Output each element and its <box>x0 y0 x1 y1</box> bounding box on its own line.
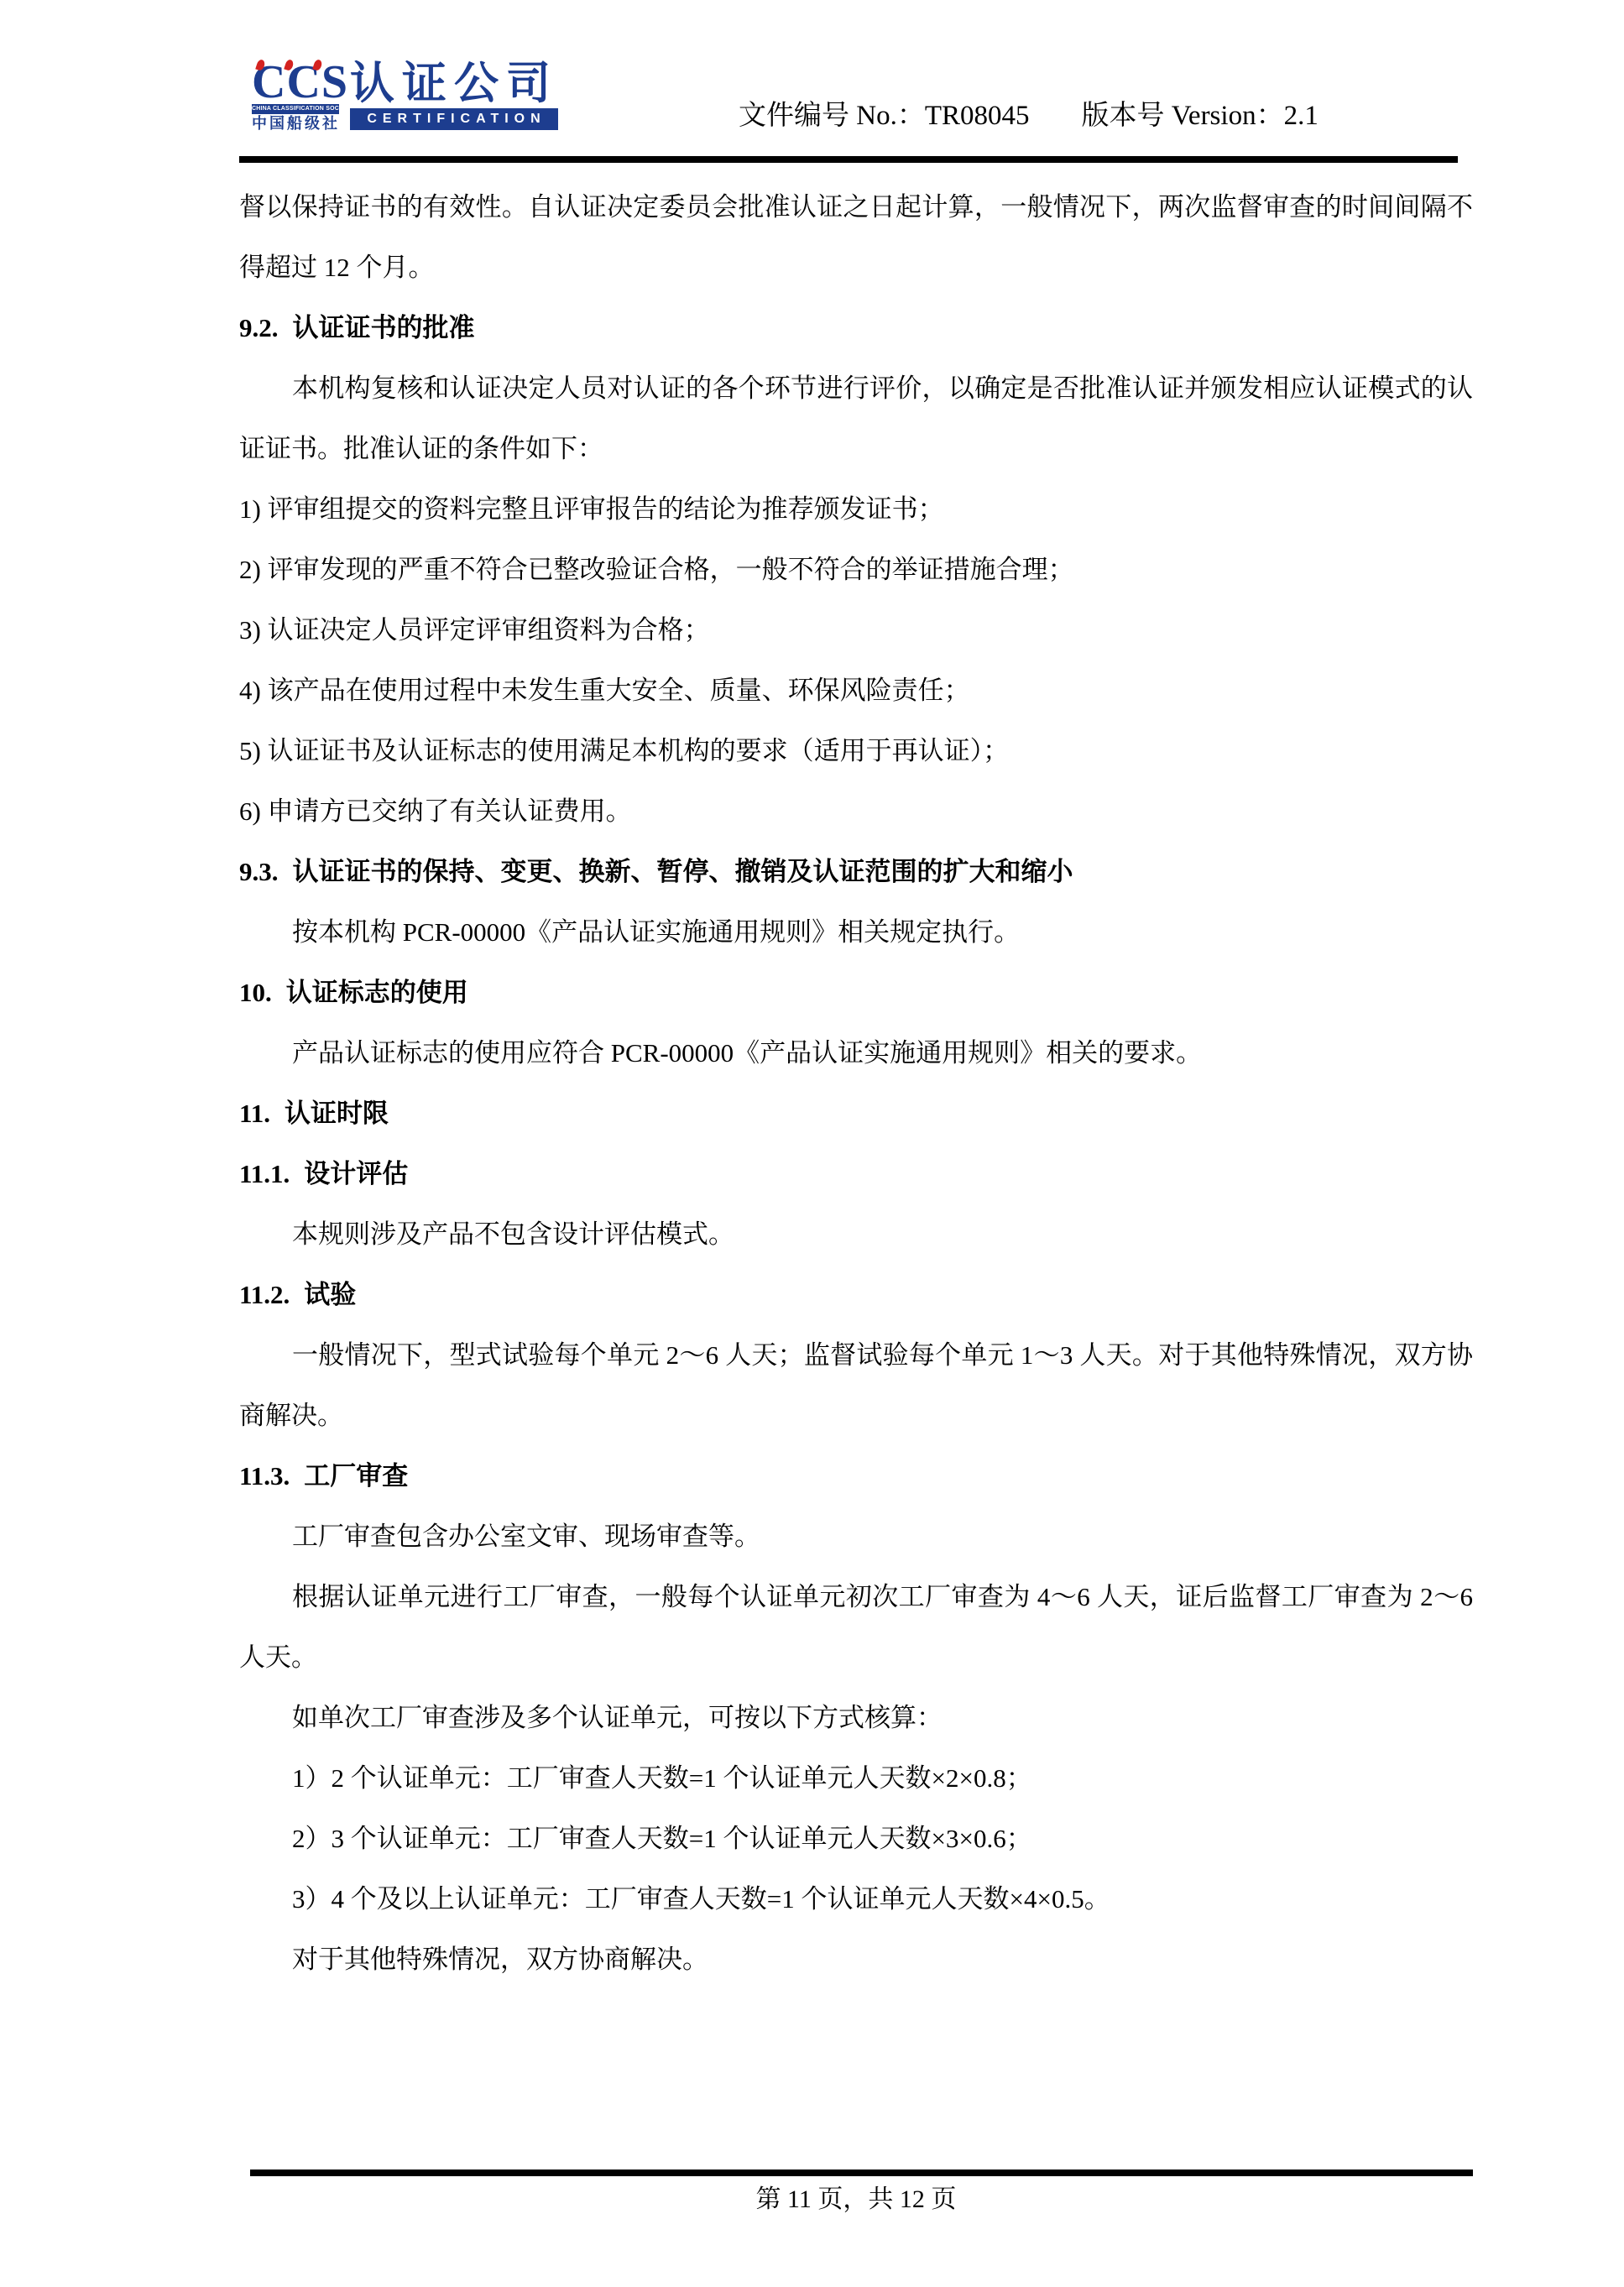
approval-condition-item: 3) 认证决定人员评定评审组资料为合格； <box>239 600 1473 661</box>
section-title: 认证证书的保持、变更、换新、暂停、撤销及认证范围的扩大和缩小 <box>293 857 1073 886</box>
section-number: 9.2. <box>239 298 279 358</box>
section-heading-11-1: 11.1.设计评估 <box>239 1144 1473 1204</box>
section-heading-11: 11.认证时限 <box>239 1083 1473 1144</box>
ccs-society-name-cn: 中国船级社 <box>252 115 339 133</box>
section-number: 11. <box>239 1083 270 1144</box>
section-title: 试验 <box>304 1280 356 1309</box>
document-number: 文件编号 No.：TR08045 <box>739 101 1030 131</box>
approval-condition-item: 1) 评审组提交的资料完整且评审报告的结论为推荐颁发证书； <box>239 479 1473 540</box>
calc-rule-item: 2）3 个认证单元：工厂审查人天数=1 个认证单元人天数×3×0.6； <box>239 1809 1473 1869</box>
section-10-body: 产品认证标志的使用应符合 PCR-00000《产品认证实施通用规则》相关的要求。 <box>239 1023 1473 1083</box>
section-heading-10: 10.认证标志的使用 <box>239 963 1473 1023</box>
footer-divider-rule <box>250 2170 1473 2176</box>
section-heading-9-2: 9.2.认证证书的批准 <box>239 298 1473 358</box>
calc-rule-item: 1）2 个认证单元：工厂审查人天数=1 个认证单元人天数×2×0.8； <box>239 1748 1473 1809</box>
continued-paragraph: 督以保持证书的有效性。自认证决定委员会批准认证之日起计算，一般情况下，两次监督审… <box>239 177 1473 298</box>
section-title: 认证时限 <box>285 1099 389 1128</box>
ccs-logo-right-block: 认证公司 CERTIFICATION <box>350 62 558 130</box>
ccs-logo: CCS CHINA CLASSIFICATION SOCIETY 中国船级社 认… <box>252 62 558 133</box>
section-11-3-paragraph: 如单次工厂审查涉及多个认证单元，可按以下方式核算： <box>239 1688 1473 1748</box>
section-number: 10. <box>239 963 272 1023</box>
section-title: 认证证书的批准 <box>293 313 475 342</box>
section-11-2-body: 一般情况下，型式试验每个单元 2～6 人天；监督试验每个单元 1～3 人天。对于… <box>239 1325 1473 1446</box>
approval-condition-item: 2) 评审发现的严重不符合已整改验证合格，一般不符合的举证措施合理； <box>239 540 1473 600</box>
approval-condition-item: 4) 该产品在使用过程中未发生重大安全、质量、环保风险责任； <box>239 661 1473 721</box>
section-title: 工厂审查 <box>304 1461 408 1491</box>
page-number-info: 第 11 页，共 12 页 <box>239 2180 1473 2219</box>
ccs-logo-left-block: CCS CHINA CLASSIFICATION SOCIETY 中国船级社 <box>252 62 339 133</box>
calc-rule-item: 3）4 个及以上认证单元：工厂审查人天数=1 个认证单元人天数×4×0.5。 <box>239 1869 1473 1929</box>
section-11-3-paragraph: 根据认证单元进行工厂审查，一般每个认证单元初次工厂审查为 4～6 人天，证后监督… <box>239 1567 1473 1688</box>
section-heading-11-2: 11.2.试验 <box>239 1265 1473 1325</box>
ccs-logo-wordmark: CCS <box>252 62 339 102</box>
section-9-2-intro: 本机构复核和认证决定人员对认证的各个环节进行评价，以确定是否批准认证并颁发相应认… <box>239 358 1473 479</box>
certification-company-en: CERTIFICATION <box>350 108 558 130</box>
document-meta: 文件编号 No.：TR08045版本号 Version：2.1 <box>739 97 1319 134</box>
document-body: 督以保持证书的有效性。自认证决定委员会批准认证之日起计算，一般情况下，两次监督审… <box>239 177 1473 1990</box>
approval-condition-item: 6) 申请方已交纳了有关认证费用。 <box>239 781 1473 842</box>
header-divider-rule <box>239 156 1458 163</box>
section-heading-9-3: 9.3.认证证书的保持、变更、换新、暂停、撤销及认证范围的扩大和缩小 <box>239 842 1473 902</box>
section-11-3-paragraph: 工厂审查包含办公室文审、现场审查等。 <box>239 1506 1473 1567</box>
approval-condition-item: 5) 认证证书及认证标志的使用满足本机构的要求（适用于再认证）； <box>239 721 1473 781</box>
section-title: 设计评估 <box>304 1159 408 1188</box>
section-9-3-body: 按本机构 PCR-00000《产品认证实施通用规则》相关规定执行。 <box>239 902 1473 963</box>
section-11-1-body: 本规则涉及产品不包含设计评估模式。 <box>239 1204 1473 1265</box>
section-heading-11-3: 11.3.工厂审查 <box>239 1446 1473 1506</box>
certification-company-cn: 认证公司 <box>350 62 558 106</box>
document-page: CCS CHINA CLASSIFICATION SOCIETY 中国船级社 认… <box>0 0 1624 2287</box>
section-number: 9.3. <box>239 842 279 902</box>
section-number: 11.1. <box>239 1144 290 1204</box>
section-11-3-paragraph: 对于其他特殊情况，双方协商解决。 <box>239 1929 1473 1990</box>
section-number: 11.2. <box>239 1265 290 1325</box>
section-number: 11.3. <box>239 1446 290 1506</box>
document-version: 版本号 Version：2.1 <box>1082 101 1319 131</box>
section-title: 认证标志的使用 <box>286 978 468 1007</box>
